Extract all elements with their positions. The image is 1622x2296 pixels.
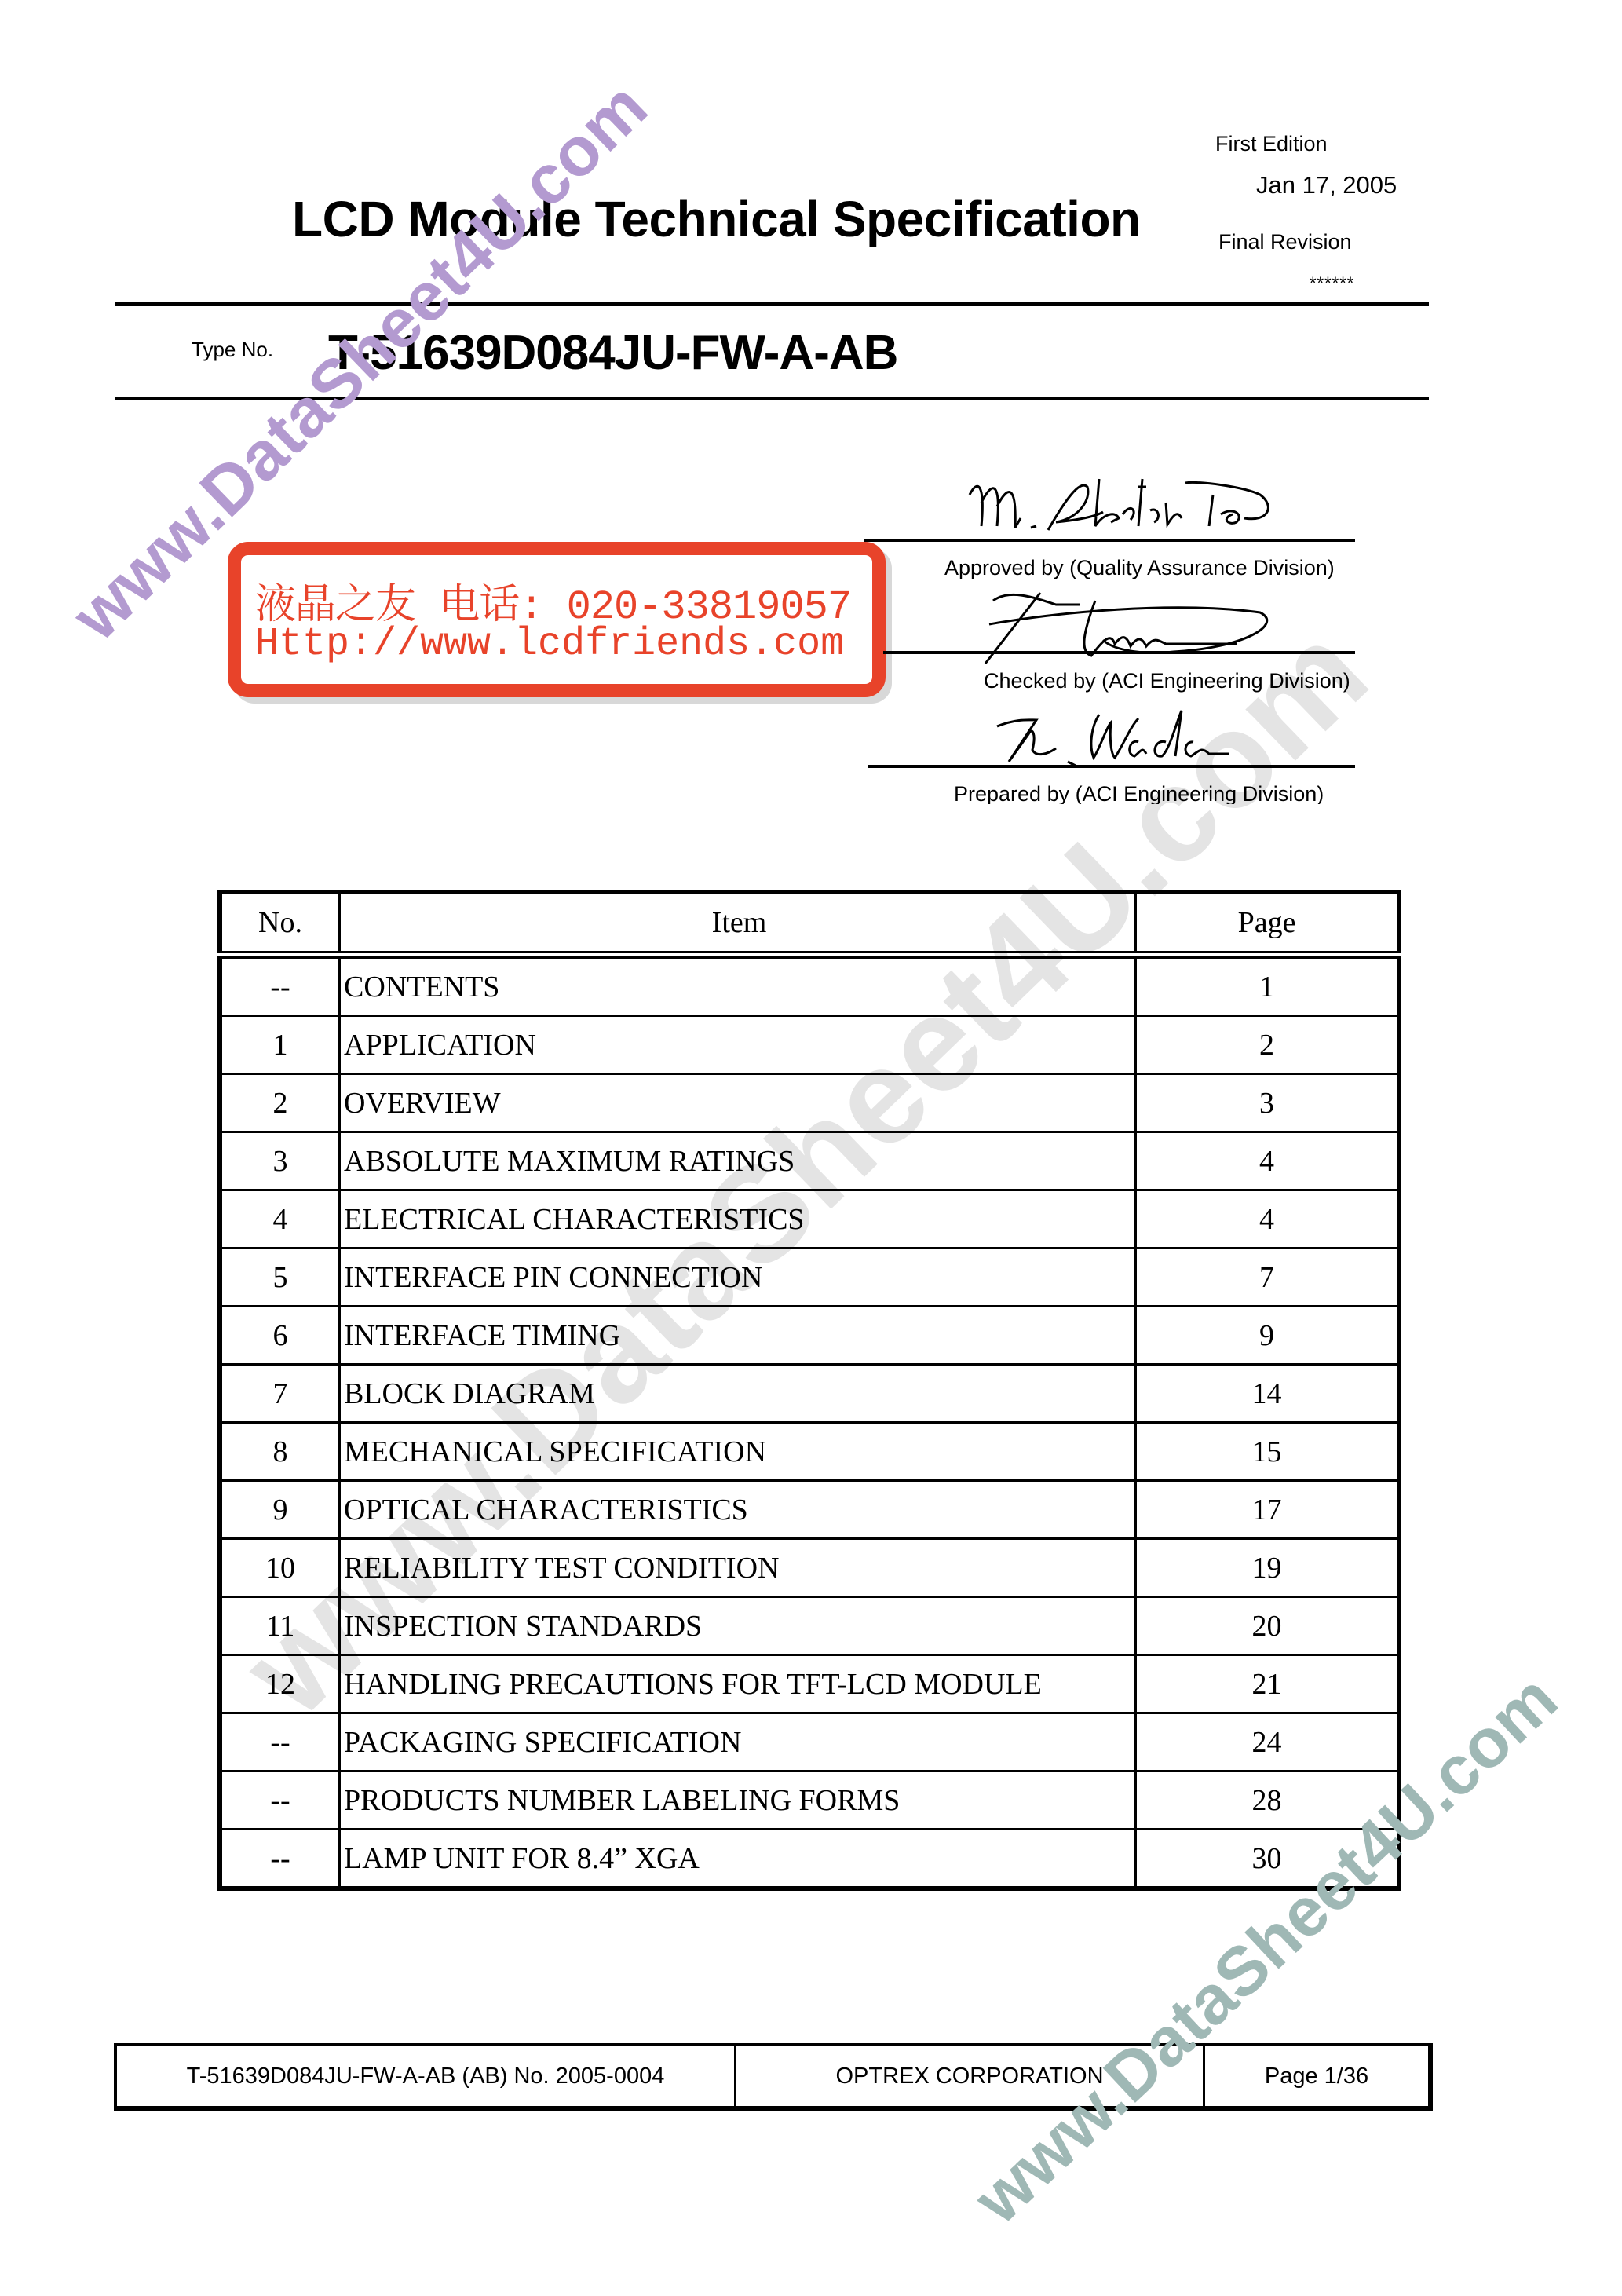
table-row: 12HANDLING PRECAUTIONS FOR TFT-LCD MODUL…	[220, 1655, 1399, 1713]
row-item: LAMP UNIT FOR 8.4” XGA	[340, 1830, 1136, 1889]
row-number: --	[220, 1713, 340, 1771]
row-number: 3	[220, 1132, 340, 1190]
table-row: 8MECHANICAL SPECIFICATION15	[220, 1423, 1399, 1481]
row-item: PACKAGING SPECIFICATION	[340, 1713, 1136, 1771]
edition-date: Jan 17, 2005	[1256, 171, 1397, 199]
checked-by-caption: Checked by (ACI Engineering Division)	[984, 669, 1350, 693]
page-footer: T-51639D084JU-FW-A-AB (AB) No. 2005-0004…	[114, 2043, 1433, 2111]
row-item: PRODUCTS NUMBER LABELING FORMS	[340, 1771, 1136, 1830]
row-number: --	[220, 955, 340, 1016]
row-page: 7	[1136, 1249, 1400, 1307]
approved-by-caption: Approved by (Quality Assurance Division)	[944, 556, 1335, 580]
row-number: 2	[220, 1074, 340, 1132]
row-item: APPLICATION	[340, 1016, 1136, 1074]
row-number: --	[220, 1771, 340, 1830]
row-page: 3	[1136, 1074, 1400, 1132]
document-title: LCD Module Technical Specification	[292, 190, 1141, 248]
row-page: 17	[1136, 1481, 1400, 1539]
revision-marker: ******	[1310, 273, 1354, 294]
row-page: 20	[1136, 1597, 1400, 1655]
dealer-stamp: 液晶之友 电话: 020-33819057 Http://www.lcdfrie…	[228, 542, 886, 697]
signature-line-approved	[864, 539, 1355, 542]
row-number: 6	[220, 1307, 340, 1365]
edition-label: First Edition	[1215, 132, 1328, 156]
header-item: Item	[340, 892, 1136, 955]
row-item: ABSOLUTE MAXIMUM RATINGS	[340, 1132, 1136, 1190]
table-row: 10RELIABILITY TEST CONDITION19	[220, 1539, 1399, 1597]
table-row: 5INTERFACE PIN CONNECTION7	[220, 1249, 1399, 1307]
table-row: 9OPTICAL CHARACTERISTICS17	[220, 1481, 1399, 1539]
signature-checked-icon	[977, 585, 1307, 671]
table-header-row: No. Item Page	[220, 892, 1399, 955]
table-row: 2OVERVIEW3	[220, 1074, 1399, 1132]
row-number: 9	[220, 1481, 340, 1539]
row-item: MECHANICAL SPECIFICATION	[340, 1423, 1136, 1481]
contents-table: No. Item Page --CONTENTS11APPLICATION22O…	[217, 890, 1401, 1891]
row-number: 1	[220, 1016, 340, 1074]
row-page: 21	[1136, 1655, 1400, 1713]
stamp-url-line: Http://www.lcdfriends.com	[255, 622, 844, 667]
table-row: --PRODUCTS NUMBER LABELING FORMS28	[220, 1771, 1399, 1830]
row-number: 10	[220, 1539, 340, 1597]
table-row: --PACKAGING SPECIFICATION24	[220, 1713, 1399, 1771]
row-item: HANDLING PRECAUTIONS FOR TFT-LCD MODULE	[340, 1655, 1136, 1713]
row-page: 4	[1136, 1132, 1400, 1190]
row-number: 4	[220, 1190, 340, 1249]
header-page: Page	[1136, 892, 1400, 955]
row-item: RELIABILITY TEST CONDITION	[340, 1539, 1136, 1597]
row-page: 24	[1136, 1713, 1400, 1771]
row-page: 4	[1136, 1190, 1400, 1249]
row-item: INSPECTION STANDARDS	[340, 1597, 1136, 1655]
row-page: 2	[1136, 1016, 1400, 1074]
row-page: 15	[1136, 1423, 1400, 1481]
row-page: 14	[1136, 1365, 1400, 1423]
signature-approved-icon	[962, 471, 1323, 538]
table-row: 3ABSOLUTE MAXIMUM RATINGS4	[220, 1132, 1399, 1190]
revision-label: Final Revision	[1218, 230, 1352, 254]
footer-doc-number: T-51639D084JU-FW-A-AB (AB) No. 2005-0004	[117, 2046, 736, 2106]
signature-prepared-icon	[993, 703, 1276, 770]
row-number: --	[220, 1830, 340, 1889]
row-page: 1	[1136, 955, 1400, 1016]
row-item: OVERVIEW	[340, 1074, 1136, 1132]
row-number: 5	[220, 1249, 340, 1307]
row-item: OPTICAL CHARACTERISTICS	[340, 1481, 1136, 1539]
row-number: 8	[220, 1423, 340, 1481]
table-row: 7BLOCK DIAGRAM14	[220, 1365, 1399, 1423]
row-page: 19	[1136, 1539, 1400, 1597]
row-item: BLOCK DIAGRAM	[340, 1365, 1136, 1423]
table-row: 1APPLICATION2	[220, 1016, 1399, 1074]
row-item: INTERFACE PIN CONNECTION	[340, 1249, 1136, 1307]
table-row: --LAMP UNIT FOR 8.4” XGA30	[220, 1830, 1399, 1889]
table-row: 11INSPECTION STANDARDS20	[220, 1597, 1399, 1655]
signature-line-prepared	[868, 765, 1355, 768]
table-row: 6INTERFACE TIMING9	[220, 1307, 1399, 1365]
row-item: CONTENTS	[340, 955, 1136, 1016]
header-no: No.	[220, 892, 340, 955]
row-number: 12	[220, 1655, 340, 1713]
table-row: --CONTENTS1	[220, 955, 1399, 1016]
header-rule-top	[115, 302, 1429, 306]
row-item: ELECTRICAL CHARACTERISTICS	[340, 1190, 1136, 1249]
prepared-by-caption: Prepared by (ACI Engineering Division)	[954, 782, 1324, 804]
table-row: 4ELECTRICAL CHARACTERISTICS4	[220, 1190, 1399, 1249]
row-number: 11	[220, 1597, 340, 1655]
footer-page-number: Page 1/36	[1205, 2046, 1428, 2106]
type-number-label: Type No.	[192, 338, 273, 362]
row-item: INTERFACE TIMING	[340, 1307, 1136, 1365]
row-number: 7	[220, 1365, 340, 1423]
signature-line-checked	[883, 651, 1355, 654]
row-page: 9	[1136, 1307, 1400, 1365]
